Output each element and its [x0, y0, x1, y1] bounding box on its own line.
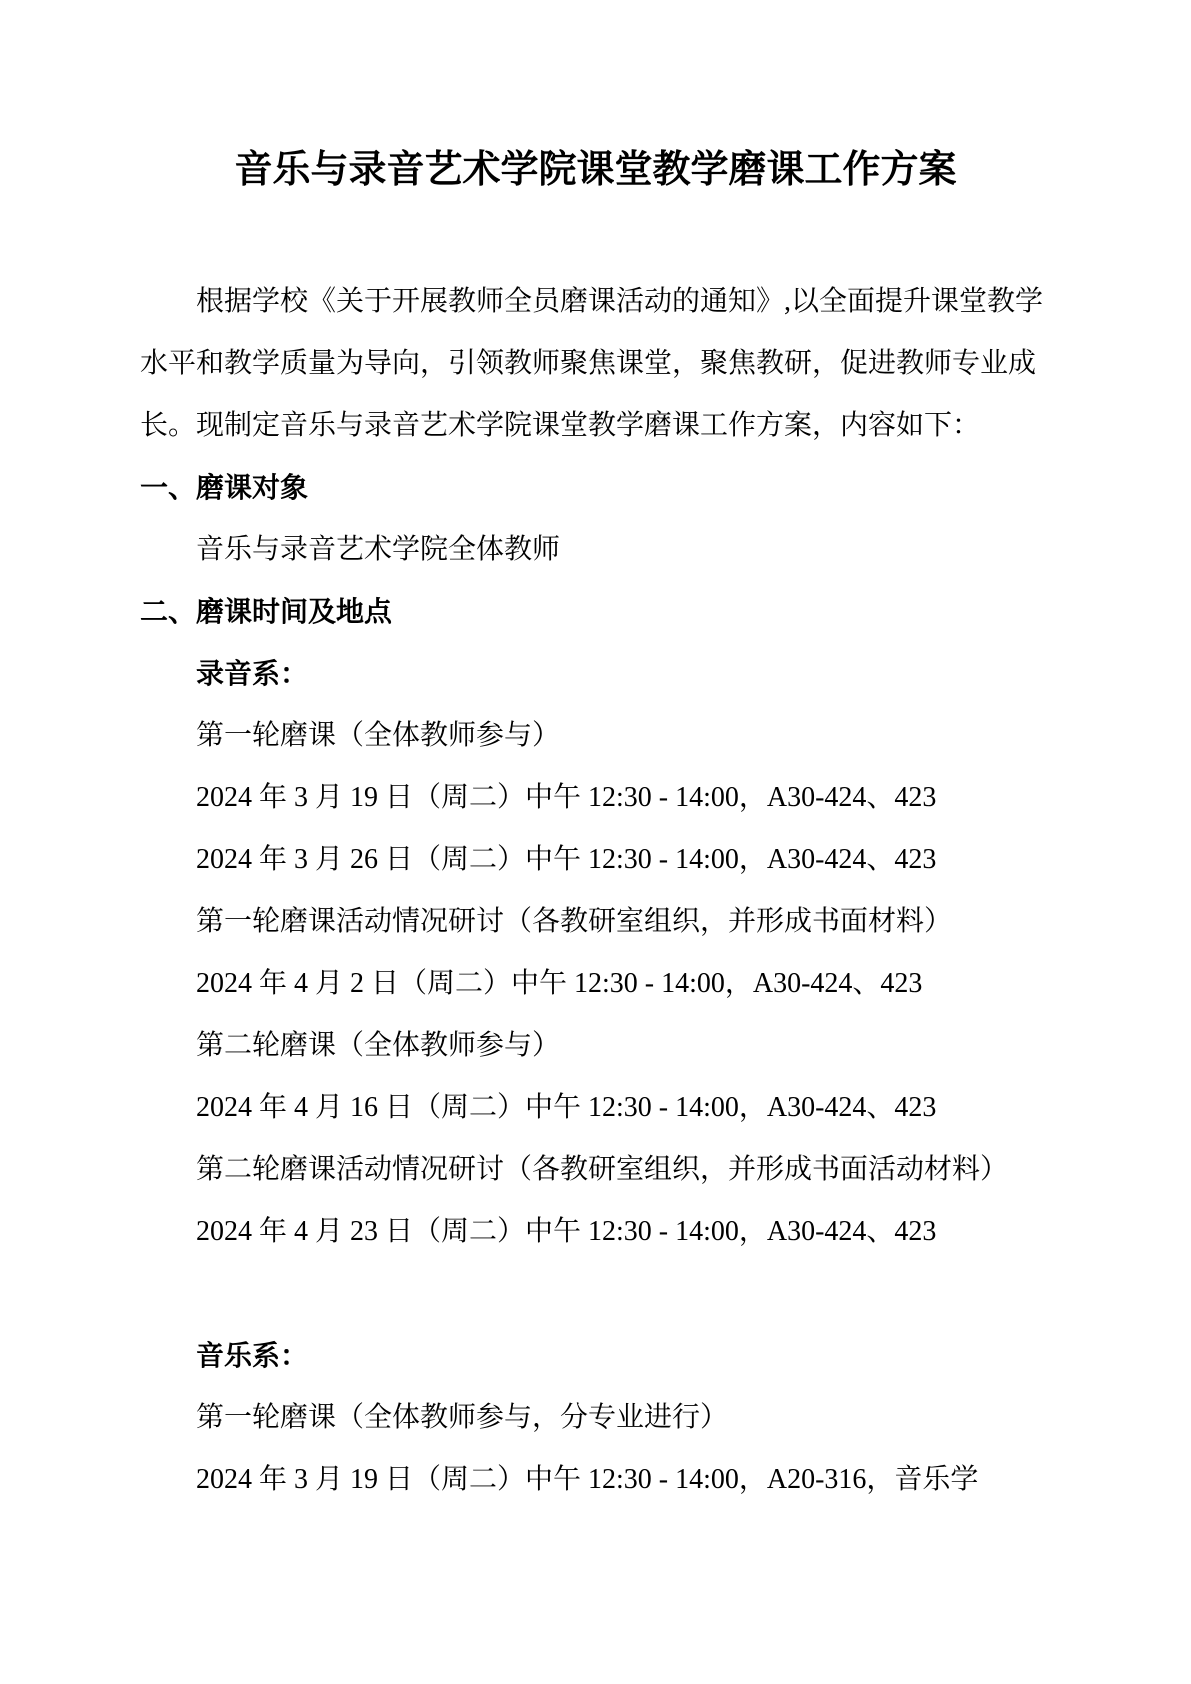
schedule-line: 第一轮磨课活动情况研讨（各教研室组织，并形成书面材料）	[140, 891, 1050, 953]
section-1-heading: 一、磨课对象	[140, 457, 1050, 519]
intro-line: 根据学校《关于开展教师全员磨课活动的通知》,以全面提升课堂教学	[140, 271, 1050, 333]
intro-line: 水平和教学质量为导向，引领教师聚焦课堂，聚焦教研，促进教师专业成	[140, 333, 1050, 395]
music-dept-label: 音乐系：	[140, 1325, 1050, 1387]
intro-line: 长。现制定音乐与录音艺术学院课堂教学磨课工作方案，内容如下：	[140, 395, 1050, 457]
recording-dept-label: 录音系：	[140, 643, 1050, 705]
section-1-body: 音乐与录音艺术学院全体教师	[140, 519, 1050, 581]
intro-paragraph: 根据学校《关于开展教师全员磨课活动的通知》,以全面提升课堂教学 水平和教学质量为…	[140, 271, 1050, 457]
spacer-line	[140, 1263, 1050, 1325]
schedule-line: 2024 年 4 月 23 日（周二）中午 12:30 - 14:00，A30-…	[140, 1201, 1050, 1263]
schedule-line: 2024 年 3 月 26 日（周二）中午 12:30 - 14:00，A30-…	[140, 829, 1050, 891]
schedule-line: 2024 年 3 月 19 日（周二）中午 12:30 - 14:00，A30-…	[140, 767, 1050, 829]
schedule-line: 第一轮磨课（全体教师参与）	[140, 705, 1050, 767]
document-page: 音乐与录音艺术学院课堂教学磨课工作方案 根据学校《关于开展教师全员磨课活动的通知…	[0, 0, 1191, 1684]
section-2-heading: 二、磨课时间及地点	[140, 581, 1050, 643]
schedule-line: 2024 年 4 月 2 日（周二）中午 12:30 - 14:00，A30-4…	[140, 953, 1050, 1015]
document-body: 根据学校《关于开展教师全员磨课活动的通知》,以全面提升课堂教学 水平和教学质量为…	[0, 271, 1191, 1511]
schedule-line: 2024 年 4 月 16 日（周二）中午 12:30 - 14:00，A30-…	[140, 1077, 1050, 1139]
document-title: 音乐与录音艺术学院课堂教学磨课工作方案	[0, 139, 1191, 201]
schedule-line: 第二轮磨课（全体教师参与）	[140, 1015, 1050, 1077]
schedule-line: 2024 年 3 月 19 日（周二）中午 12:30 - 14:00，A20-…	[140, 1449, 1050, 1511]
schedule-line: 第二轮磨课活动情况研讨（各教研室组织，并形成书面活动材料）	[140, 1139, 1050, 1201]
schedule-line: 第一轮磨课（全体教师参与，分专业进行）	[140, 1387, 1050, 1449]
